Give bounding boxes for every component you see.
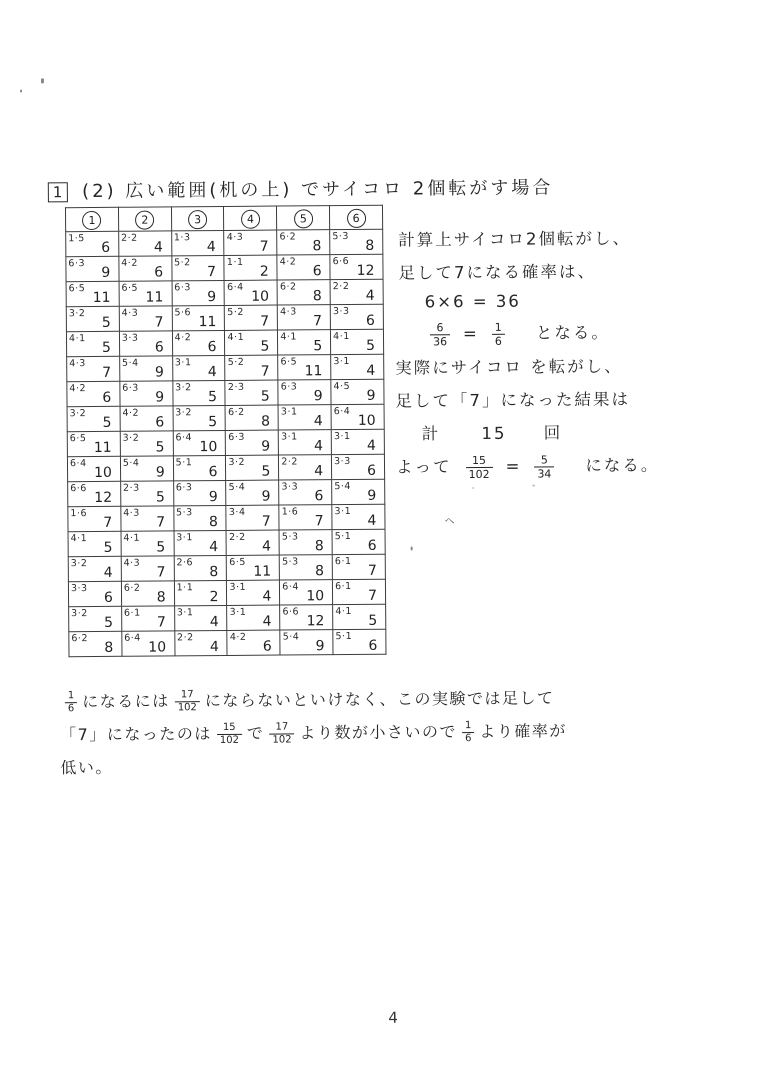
dice-sum: 12 [357,263,375,279]
dice-cell: 4·26 [67,381,120,406]
dice-pair: 4·1 [333,331,350,342]
dice-sum: 8 [313,288,322,304]
dice-cell: 5·27 [225,305,278,330]
table-row: 3·254·263·256·283·146·410 [67,404,384,431]
dice-cell: 6·612 [330,254,383,279]
table-row: 4·153·364·264·154·154·15 [66,329,383,356]
dice-cell: 4·15 [68,531,121,556]
dice-sum: 8 [315,538,324,554]
dice-cell: 6·28 [69,631,122,656]
dice-pair: 3·3 [334,456,351,467]
dice-sum: 5 [208,389,217,405]
dice-sum: 11 [253,564,271,580]
dice-sum: 6 [368,538,377,554]
dice-cell: 3·14 [227,580,280,605]
dice-pair: 6·4 [175,432,192,443]
dice-cell: 5·16 [173,455,226,480]
dice-pair: 3·2 [71,558,88,569]
dice-sum: 8 [261,414,270,430]
conclusion-text-5: より数が小さいので [299,722,457,742]
dice-pair: 4·2 [280,256,297,267]
dice-sum: 7 [260,314,269,330]
dice-sum: 9 [262,489,271,505]
dice-cell: 3·14 [332,504,385,529]
dice-pair: 2·3 [123,483,140,494]
dice-pair: 6·1 [335,556,352,567]
dice-pair: 6·4 [70,458,87,469]
dice-cell: 5·27 [225,355,278,380]
dice-pair: 6·3 [281,381,298,392]
dice-pair: 4·3 [227,232,244,243]
table-row: 3·254·375·6115·274·373·36 [66,304,383,331]
dice-pair: 3·1 [333,356,350,367]
table-row: 6·6122·356·395·493·365·49 [68,479,385,506]
dice-cell: 4·15 [225,330,278,355]
dice-cell: 3·25 [67,406,120,431]
dice-pair: 3·3 [122,333,139,344]
dice-pair: 6·1 [335,581,352,592]
dice-pair: 3·3 [71,583,88,594]
dice-cell: 5·49 [280,630,333,655]
dice-pair: 2·3 [228,382,245,393]
dice-sum: 6 [155,339,164,355]
dice-sum: 8 [209,514,218,530]
dice-pair: 4·3 [69,358,86,369]
dice-cell: 2·35 [225,380,278,405]
dice-cell: 3·14 [331,429,384,454]
dice-cell: 3·25 [69,606,122,631]
fraction-17-102: 17102 [175,690,200,713]
dice-sum: 5 [103,540,112,556]
conclusion-text-6: より確率が [479,721,567,741]
dice-pair: 4·2 [69,383,86,394]
dice-cell: 3·25 [173,405,226,430]
dice-pair: 3·1 [175,357,192,368]
dice-sum: 8 [209,564,218,580]
dice-cell: 1·67 [279,505,332,530]
scan-speck [472,487,474,489]
dice-sum: 6 [313,263,322,279]
calc-note-line1: 計算上サイコロ2個転がし、 [398,225,631,251]
table-row: 6·5116·5116·396·4106·282·24 [66,279,383,306]
dice-sum: 9 [314,388,323,404]
dice-pair: 4·3 [280,306,297,317]
dice-sum: 10 [358,413,376,429]
dice-cell: 3·14 [174,530,227,555]
dice-pair: 5·4 [229,482,246,493]
dice-pair: 3·2 [71,608,88,619]
dice-cell: 4·15 [121,531,174,556]
dice-cell: 4·26 [277,255,330,280]
dice-pair: 3·2 [69,308,86,319]
dice-sum: 5 [102,315,111,331]
dice-pair: 3·1 [334,506,351,517]
dice-sum: 11 [198,314,216,330]
circled-number-icon: 1 [82,210,101,229]
dice-pair: 6·2 [71,633,88,644]
conclusion-text-7: 低い。 [60,758,113,777]
fraction-17-102: 17102 [269,722,294,745]
dice-cell: 5·16 [332,529,385,554]
stray-mark: ヘ [444,512,454,527]
conclusion-text-1: になるには [82,691,170,711]
dice-cell: 6·17 [121,606,174,631]
dice-pair: 2·2 [229,532,246,543]
dice-cell: 6·511 [119,281,172,306]
dice-pair: 6·2 [279,231,296,242]
dice-cell: 6·612 [68,481,121,506]
dice-sum: 6 [209,464,218,480]
dice-pair: 5·2 [228,357,245,368]
dice-cell: 6·39 [66,256,119,281]
table-row: 3·256·173·143·146·6124·15 [69,604,386,631]
exp-note-tail: になる。 [585,456,659,476]
dice-cell: 6·511 [278,355,331,380]
dice-cell: 6·410 [173,430,226,455]
dice-cell: 4·15 [331,329,384,354]
dice-cell: 6·39 [226,430,279,455]
count-value: 15 [481,424,506,443]
dice-pair: 6·5 [280,356,297,367]
dice-cell: 2·24 [118,231,171,256]
scan-speck [20,90,22,93]
dice-cell: 5·38 [330,229,383,254]
dice-sum: 7 [156,514,165,530]
dice-pair: 6·3 [122,383,139,394]
dice-pair: 3·1 [281,431,298,442]
dice-cell: 5·49 [226,480,279,505]
dice-pair: 5·3 [282,531,299,542]
dice-cell: 4·26 [172,330,225,355]
dice-sum: 7 [207,264,216,280]
table-row: 1·674·375·383·471·673·14 [68,504,385,531]
dice-cell: 6·39 [173,480,226,505]
dice-cell: 6·39 [172,280,225,305]
dice-cell: 6·17 [332,554,385,579]
table-row: 6·5113·256·4106·393·143·14 [67,429,384,456]
dice-sum: 4 [104,565,113,581]
dice-pair: 4·1 [69,333,86,344]
dice-sum: 5 [104,615,113,631]
fraction-6-36: 636 [430,322,450,347]
dice-cell: 3·25 [120,431,173,456]
conclusion-text-4: で [247,724,265,743]
dice-pair: 6·3 [174,282,191,293]
conclusion-note: 16になるには17102にならないといけなく、この実験では足して 「7」になった… [60,680,721,784]
dice-pair: 6·4 [334,406,351,417]
dice-cell: 3·14 [174,605,227,630]
dice-pair: 3·2 [123,433,140,444]
dice-sum: 7 [157,564,166,580]
dice-sum: 4 [366,288,375,304]
dice-sum: 12 [94,490,112,506]
scan-speck [41,78,44,83]
dice-pair: 3·1 [230,607,247,618]
page-number: 4 [388,1009,398,1027]
exp-note-line2: 足して「7」になった結果は [395,386,659,412]
dice-pair: 1·6 [282,506,299,517]
dice-pair: 5·4 [123,458,140,469]
dice-cell: 3·36 [279,480,332,505]
dice-pair: 1·3 [174,232,191,243]
dice-pair: 6·3 [228,432,245,443]
dice-pair: 3·3 [333,306,350,317]
dice-sum: 9 [261,439,270,455]
dice-pair: 3·2 [175,382,192,393]
dice-sum: 9 [156,464,165,480]
dice-pair: 4·3 [122,308,139,319]
fraction-1-6: 16 [65,691,78,714]
column-header: 1 [65,207,118,231]
dice-sum: 4 [154,239,163,255]
dice-cell: 2·24 [174,630,227,655]
dice-pair: 6·5 [69,283,86,294]
dice-pair: 5·3 [282,556,299,567]
circled-number-icon: 5 [294,209,313,228]
dice-pair: 6·1 [124,608,141,619]
table-body: 1·562·241·344·376·285·386·394·265·271·12… [66,229,386,656]
dice-cell: 3·47 [226,505,279,530]
dice-cell: 6·410 [331,404,384,429]
dice-cell: 2·35 [120,481,173,506]
table-row: 6·286·4102·244·265·495·16 [69,629,386,656]
dice-pair: 4·1 [280,331,297,342]
dice-pair: 4·2 [121,258,138,269]
dice-sum: 5 [261,464,270,480]
dice-pair: 1·1 [227,257,244,268]
dice-sum: 10 [199,439,217,455]
dice-pair: 5·1 [176,457,193,468]
dice-pair: 4·1 [71,533,88,544]
dice-sum: 7 [315,513,324,529]
dice-cell: 2·68 [174,555,227,580]
dice-cell: 6·410 [67,456,120,481]
circled-number-icon: 2 [135,210,154,229]
dice-sum: 7 [313,313,322,329]
dice-cell: 3·25 [66,306,119,331]
table-row: 6·4105·495·163·252·243·36 [67,454,384,481]
dice-sum: 9 [367,488,376,504]
dice-sum: 7 [368,588,377,604]
dice-cell: 6·410 [225,280,278,305]
dice-cell: 6·39 [278,380,331,405]
table-row: 3·366·281·123·146·4106·17 [68,579,385,606]
dice-cell: 2·24 [279,455,332,480]
dice-pair: 6·6 [282,606,299,617]
dice-sum: 10 [94,465,112,481]
exp-note-count-line: 計 15 回 [396,419,660,445]
dice-pair: 2·6 [176,557,193,568]
dice-sum: 6 [102,390,111,406]
dice-sum: 8 [104,640,113,656]
dice-sum: 10 [148,639,166,655]
table-row: 1·562·241·344·376·285·38 [66,229,383,256]
dice-cell: 6·17 [333,579,386,604]
dice-cell: 3·14 [172,355,225,380]
dice-cell: 6·28 [277,280,330,305]
dice-sum: 5 [103,415,112,431]
fraction-1-6: 16 [462,721,475,744]
column-header: 3 [171,206,224,230]
dice-pair: 4·3 [124,558,141,569]
dice-cell: 6·28 [226,405,279,430]
exp-note-result-line: よって15102=534になる。 [396,452,660,481]
dice-cell: 5·611 [172,305,225,330]
dice-pair: 6·4 [227,282,244,293]
column-header: 4 [224,206,277,230]
scan-tilt-wrapper: 1 (2) 広い範囲(机の上) でサイコロ 2個転がす場合 123456 1·5… [0,0,763,1080]
dice-cell: 4·37 [224,230,277,255]
dice-cell: 6·511 [66,281,119,306]
dice-sum: 9 [155,364,164,380]
calc-note-equation: 6×6 = 36 [425,291,632,312]
equals-sign: = [505,457,521,476]
dice-sum: 5 [261,389,270,405]
dice-pair: 5·3 [176,507,193,518]
circled-number-icon: 3 [188,210,207,229]
dice-cell: 3·25 [226,455,279,480]
dice-pair: 5·4 [334,481,351,492]
dice-cell: 4·15 [333,604,386,629]
table-row: 3·244·372·686·5115·386·17 [68,554,385,581]
dice-sum: 5 [368,613,377,629]
dice-sum: 6 [367,463,376,479]
dice-pair: 3·2 [70,408,87,419]
dice-sum: 4 [210,639,219,655]
dice-sum: 7 [157,614,166,630]
dice-cell: 1·12 [174,580,227,605]
dice-cell: 5·16 [333,629,386,654]
dice-sum: 9 [209,489,218,505]
dice-sum: 4 [314,438,323,454]
dice-cell: 3·36 [332,454,385,479]
dice-pair: 3·1 [334,431,351,442]
calc-note-line2: 足して7になる確率は、 [398,258,631,284]
dice-cell: 4·26 [119,256,172,281]
dice-pair: 1·6 [70,508,87,519]
dice-sum: 9 [316,638,325,654]
dice-cell: 4·37 [121,506,174,531]
dice-pair: 6·6 [70,483,87,494]
circled-number-icon: 4 [241,209,260,228]
dice-sum: 11 [305,363,323,379]
dice-pair: 5·1 [335,531,352,542]
dice-pair: 6·2 [280,281,297,292]
fraction-5-34: 534 [534,454,554,479]
table-row: 4·375·493·145·276·5113·14 [67,354,384,381]
dice-cell: 3·36 [68,581,121,606]
dice-cell: 6·410 [280,580,333,605]
dice-cell: 5·27 [172,255,225,280]
dice-sum: 9 [366,388,375,404]
dice-sum: 7 [261,364,270,380]
calc-note-tail: となる。 [536,323,610,343]
dice-sum: 7 [368,563,377,579]
dice-cell: 4·15 [278,330,331,355]
dice-sum: 11 [94,440,112,456]
dice-pair: 3·2 [228,457,245,468]
dice-results-table: 123456 1·562·241·344·376·285·386·394·265… [65,205,387,657]
dice-sum: 11 [145,289,163,305]
dice-sum: 5 [366,338,375,354]
dice-pair: 5·1 [335,631,352,642]
dice-cell: 4·15 [66,331,119,356]
fraction-15-102: 15102 [217,723,242,746]
dice-pair: 6·5 [121,283,138,294]
dice-pair: 6·3 [176,482,193,493]
dice-sum: 6 [101,240,110,256]
count-label: 計 [422,420,441,444]
fraction-1-6: 16 [492,322,505,347]
calc-note: 計算上サイコロ2個転がし、 足して7になる確率は、 6×6 = 36 636=1… [398,225,632,357]
dice-pair: 2·2 [121,233,138,244]
dice-cell: 6·39 [120,381,173,406]
dice-sum: 11 [93,290,111,306]
experiment-note: 実際にサイコロ を転がし、 足して「7」になった結果は 計 15 回 よって15… [395,353,659,490]
dice-cell: 6·28 [277,230,330,255]
dice-cell: 1·67 [68,506,121,531]
table-row: 4·266·393·252·356·394·59 [67,379,384,406]
dice-cell: 6·511 [67,431,120,456]
dice-cell: 3·14 [279,430,332,455]
dice-pair: 6·5 [70,433,87,444]
dice-cell: 5·49 [120,456,173,481]
dice-pair: 2·2 [281,456,298,467]
dice-pair: 6·5 [229,557,246,568]
dice-sum: 4 [367,513,376,529]
dice-sum: 5 [156,489,165,505]
conclusion-text-2: にならないといけなく、この実験では足して [205,688,555,710]
dice-cell: 3·36 [119,331,172,356]
dice-sum: 5 [260,339,269,355]
dice-cell: 3·25 [172,380,225,405]
dice-sum: 4 [209,539,218,555]
dice-sum: 5 [156,439,165,455]
table-row: 4·154·153·142·245·385·16 [68,529,385,556]
scan-speck [411,546,413,550]
dice-cell: 1·34 [171,230,224,255]
conclusion-text-3: 「7」になったのは [60,724,212,744]
dice-sum: 8 [157,589,166,605]
dice-pair: 5·4 [283,631,300,642]
dice-pair: 6·4 [282,581,299,592]
dice-sum: 9 [155,389,164,405]
dice-pair: 5·2 [174,257,191,268]
dice-sum: 4 [262,589,271,605]
dice-sum: 6 [314,488,323,504]
dice-pair: 2·2 [333,281,350,292]
dice-sum: 7 [103,515,112,531]
dice-sum: 8 [312,238,321,254]
dice-cell: 4·37 [119,306,172,331]
dice-pair: 6·3 [68,258,85,269]
dice-cell: 5·49 [119,356,172,381]
dice-pair: 4·1 [227,332,244,343]
dice-cell: 5·49 [332,479,385,504]
dice-cell: 6·28 [121,581,174,606]
count-unit: 回 [544,419,563,443]
dice-sum: 5 [208,414,217,430]
dice-pair: 6·4 [124,633,141,644]
dice-pair: 3·1 [281,406,298,417]
dice-cell: 2·24 [227,530,280,555]
dice-cell: 3·36 [330,304,383,329]
dice-pair: 1·5 [68,233,85,244]
dice-cell: 3·24 [68,556,121,581]
dice-pair: 2·2 [177,632,194,643]
dice-sum: 4 [210,614,219,630]
dice-pair: 4·5 [333,381,350,392]
